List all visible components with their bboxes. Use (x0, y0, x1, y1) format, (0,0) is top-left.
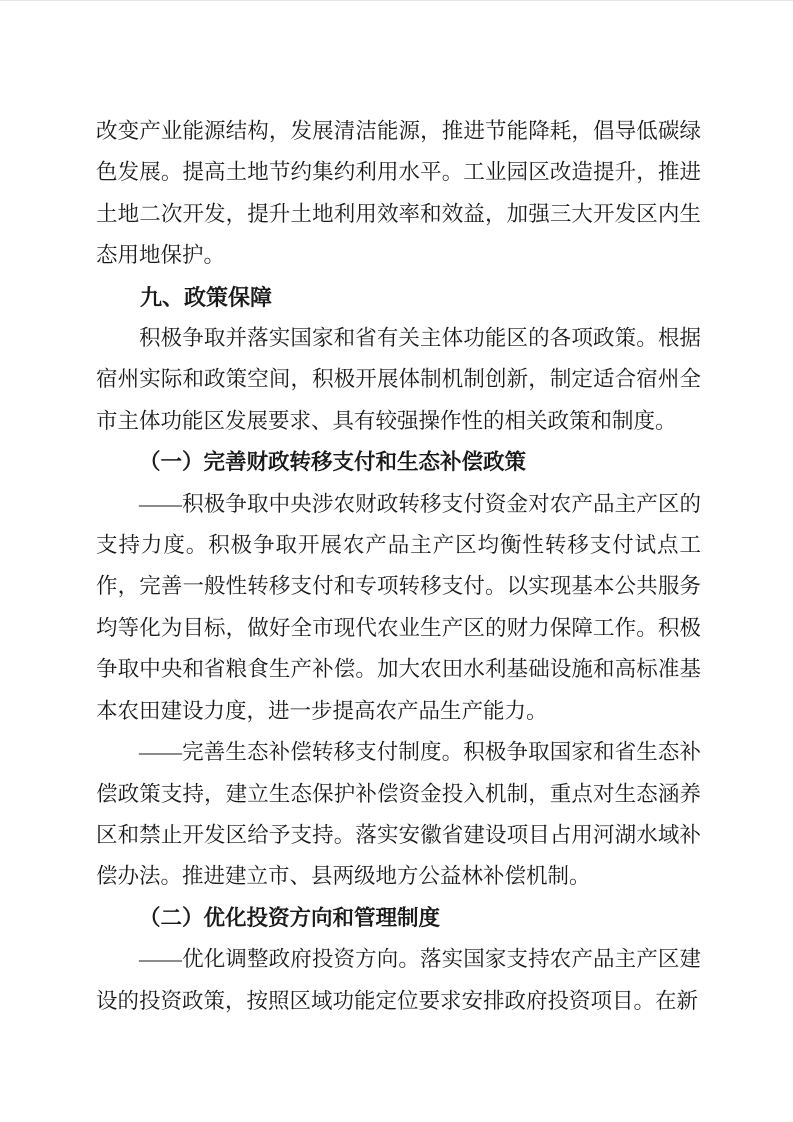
section-heading-policy-guarantee: 九、政策保障 (96, 277, 701, 318)
subsection-heading-investment-direction: （二）优化投资方向和管理制度 (96, 898, 701, 939)
subsection-heading-fiscal-transfer: （一）完善财政转移支付和生态补偿政策 (96, 442, 701, 483)
paragraph-continued-from-previous-page: 改变产业能源结构，发展清洁能源，推进节能降耗，倡导低碳绿色发展。提高土地节约集约… (96, 111, 701, 277)
paragraph-section-intro: 积极争取并落实国家和省有关主体功能区的各项政策。根据宿州实际和政策空间，积极开展… (96, 318, 701, 442)
paragraph-eco-compensation: ——完善生态补偿转移支付制度。积极争取国家和省生态补偿政策支持，建立生态保护补偿… (96, 732, 701, 898)
paragraph-fiscal-transfer: ——积极争取中央涉农财政转移支付资金对农产品主产区的支持力度。积极争取开展农产品… (96, 484, 701, 732)
document-page: 改变产业能源结构，发展清洁能源，推进节能降耗，倡导低碳绿色发展。提高土地节约集约… (0, 0, 793, 1122)
paragraph-investment-direction: ——优化调整政府投资方向。落实国家支持农产品主产区建设的投资政策，按照区域功能定… (96, 939, 701, 1022)
